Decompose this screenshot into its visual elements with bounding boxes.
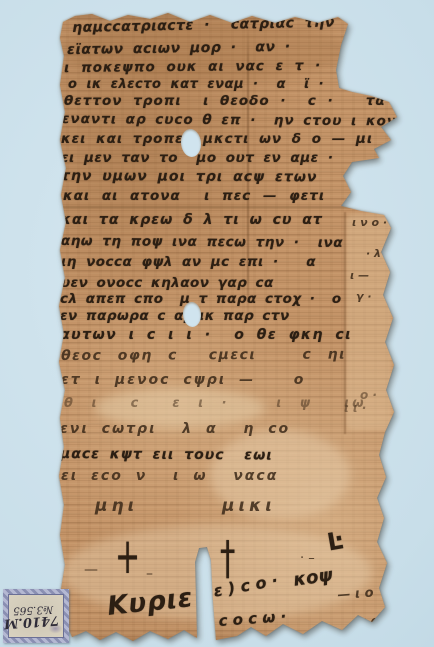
papyrus-text-line: και τα κρεω δ λ τι ω ϲυ ατ xyxy=(61,212,323,228)
dash-mark: — xyxy=(84,562,98,578)
papyrus-shadow: ηαμϲϲατριαϲτε · ϲατριαϲ την εϊατων αϲιων… xyxy=(0,0,434,647)
papyrus-text-line: εϊατων αϲιων μορ · αν · xyxy=(67,39,291,58)
ink-scribble: — ι ο xyxy=(337,585,374,602)
papyrus-text-line: ενι ϲωτρι λ α η ϲο xyxy=(60,421,290,437)
label-paper: 7410.M №3.565 xyxy=(8,594,64,638)
margin-mark: ι ν ο · xyxy=(352,216,387,229)
inventory-label: 7410.M №3.565 xyxy=(3,589,69,643)
papyrus-text-line: εναντι αρ ϲυϲο θ επ · ην ϲτου ι κον xyxy=(62,111,397,129)
papyrus-text-line: ιη νοϲϲα φψλ αν μϲ επι · α xyxy=(61,254,316,270)
papyrus-fragment: ηαμϲϲατριαϲτε · ϲατριαϲ την εϊατων αϲιων… xyxy=(0,0,434,647)
papyrus-text-line: ϲλ απεπ ϲπο μ τ παρα ϲτοχ · ο xyxy=(60,291,342,307)
margin-mark: ι ι · xyxy=(344,401,366,415)
dot-line-mark: · – xyxy=(300,551,315,566)
papyrus-text-line: μαϲε κψτ ειι τουϲ εωι xyxy=(60,446,273,463)
papyrus-text-line: υεν ονοϲϲ κηλαον γαρ ϲα xyxy=(61,275,274,291)
papyrus-text-line: θεττον τροπι ι θεοδο · ϲ · τα xyxy=(64,93,386,109)
papyrus-text-line: θεοϲ οφη ϲ ϲμεϲι ϲ ηι xyxy=(61,347,346,364)
papyrus-text-line: και αι ατονα ι πεϲ — φετι xyxy=(63,188,325,204)
papyrus-text-line: εν παρωρα ϲ αμμκ παρ ϲτν xyxy=(60,308,290,324)
margin-mark: ι — xyxy=(350,269,369,282)
papyrus-text-line: ο ικ ελεϲτο κατ εναμ · α ϊ · xyxy=(68,77,324,92)
horizontal-seam xyxy=(62,206,380,208)
papyrus-text-line: την υμων μοι τρι αϲψ ετων xyxy=(61,168,318,185)
papyrus-text-line: κει και τροπε μκϲτι ων δ ο — μι xyxy=(61,131,373,147)
papyrus-text-line: μηι μικι xyxy=(95,496,276,516)
photo: ηαμϲϲατριαϲτε · ϲατριαϲ την εϊατων αϲιων… xyxy=(0,0,434,647)
papyrus-text-line: αηω τη ποψ ινα πεϲω την · ινα xyxy=(61,233,343,251)
dash-mark: – xyxy=(146,566,153,582)
ink-scribble: ϲ ο ϲ ω · xyxy=(218,607,287,630)
papyrus-text-line: ετ ι μενοϲ ϲψρι — ο xyxy=(61,372,305,388)
cross-symbol: + xyxy=(115,528,140,586)
papyrus-text-line: θ ι ϲ ε ι · ι ψ ιω xyxy=(64,396,367,411)
papyrus-text-line: αυτων ι ϲ ι ι · ο θε φκη ϲι xyxy=(60,327,352,343)
margin-mark: ο · xyxy=(360,388,377,402)
ink-scribble: ϲ ο 6 xyxy=(358,613,393,630)
margin-mark: γ · xyxy=(356,290,372,303)
margin-mark: · λ xyxy=(366,247,381,260)
inventory-number-secondary: №3.565 xyxy=(13,603,53,615)
papyrus-text-line: ι ποκεψπο ουκ αι ναϲ ε τ · ω xyxy=(64,57,366,76)
papyrus-text-line: ει εϲο ν ι ω ναϲα xyxy=(61,468,278,484)
